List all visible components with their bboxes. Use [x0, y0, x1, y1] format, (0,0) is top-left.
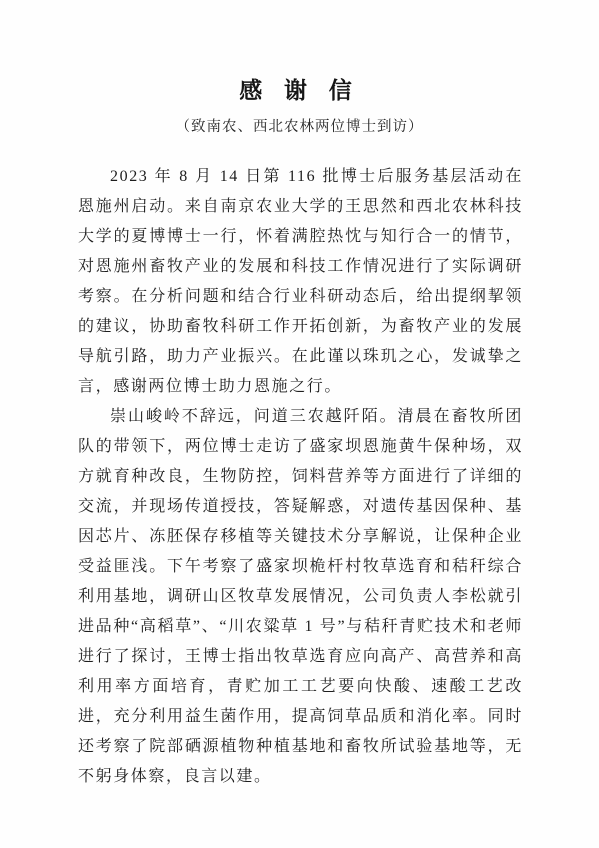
letter-body: 2023 年 8 月 14 日第 116 批博士后服务基层活动在恩施州启动。来自…	[78, 162, 523, 792]
letter-title: 感 谢 信	[0, 72, 599, 105]
letter-subtitle: （致南农、西北农林两位博士到访）	[0, 115, 599, 136]
letter-paragraph-2: 崇山峻岭不辞远，问道三农越阡陌。清晨在畜牧所团队的带领下，两位博士走访了盛家坝恩…	[78, 402, 523, 792]
letter-paragraph-1: 2023 年 8 月 14 日第 116 批博士后服务基层活动在恩施州启动。来自…	[78, 162, 523, 402]
letter-page: 感 谢 信 （致南农、西北农林两位博士到访） 2023 年 8 月 14 日第 …	[0, 0, 599, 848]
